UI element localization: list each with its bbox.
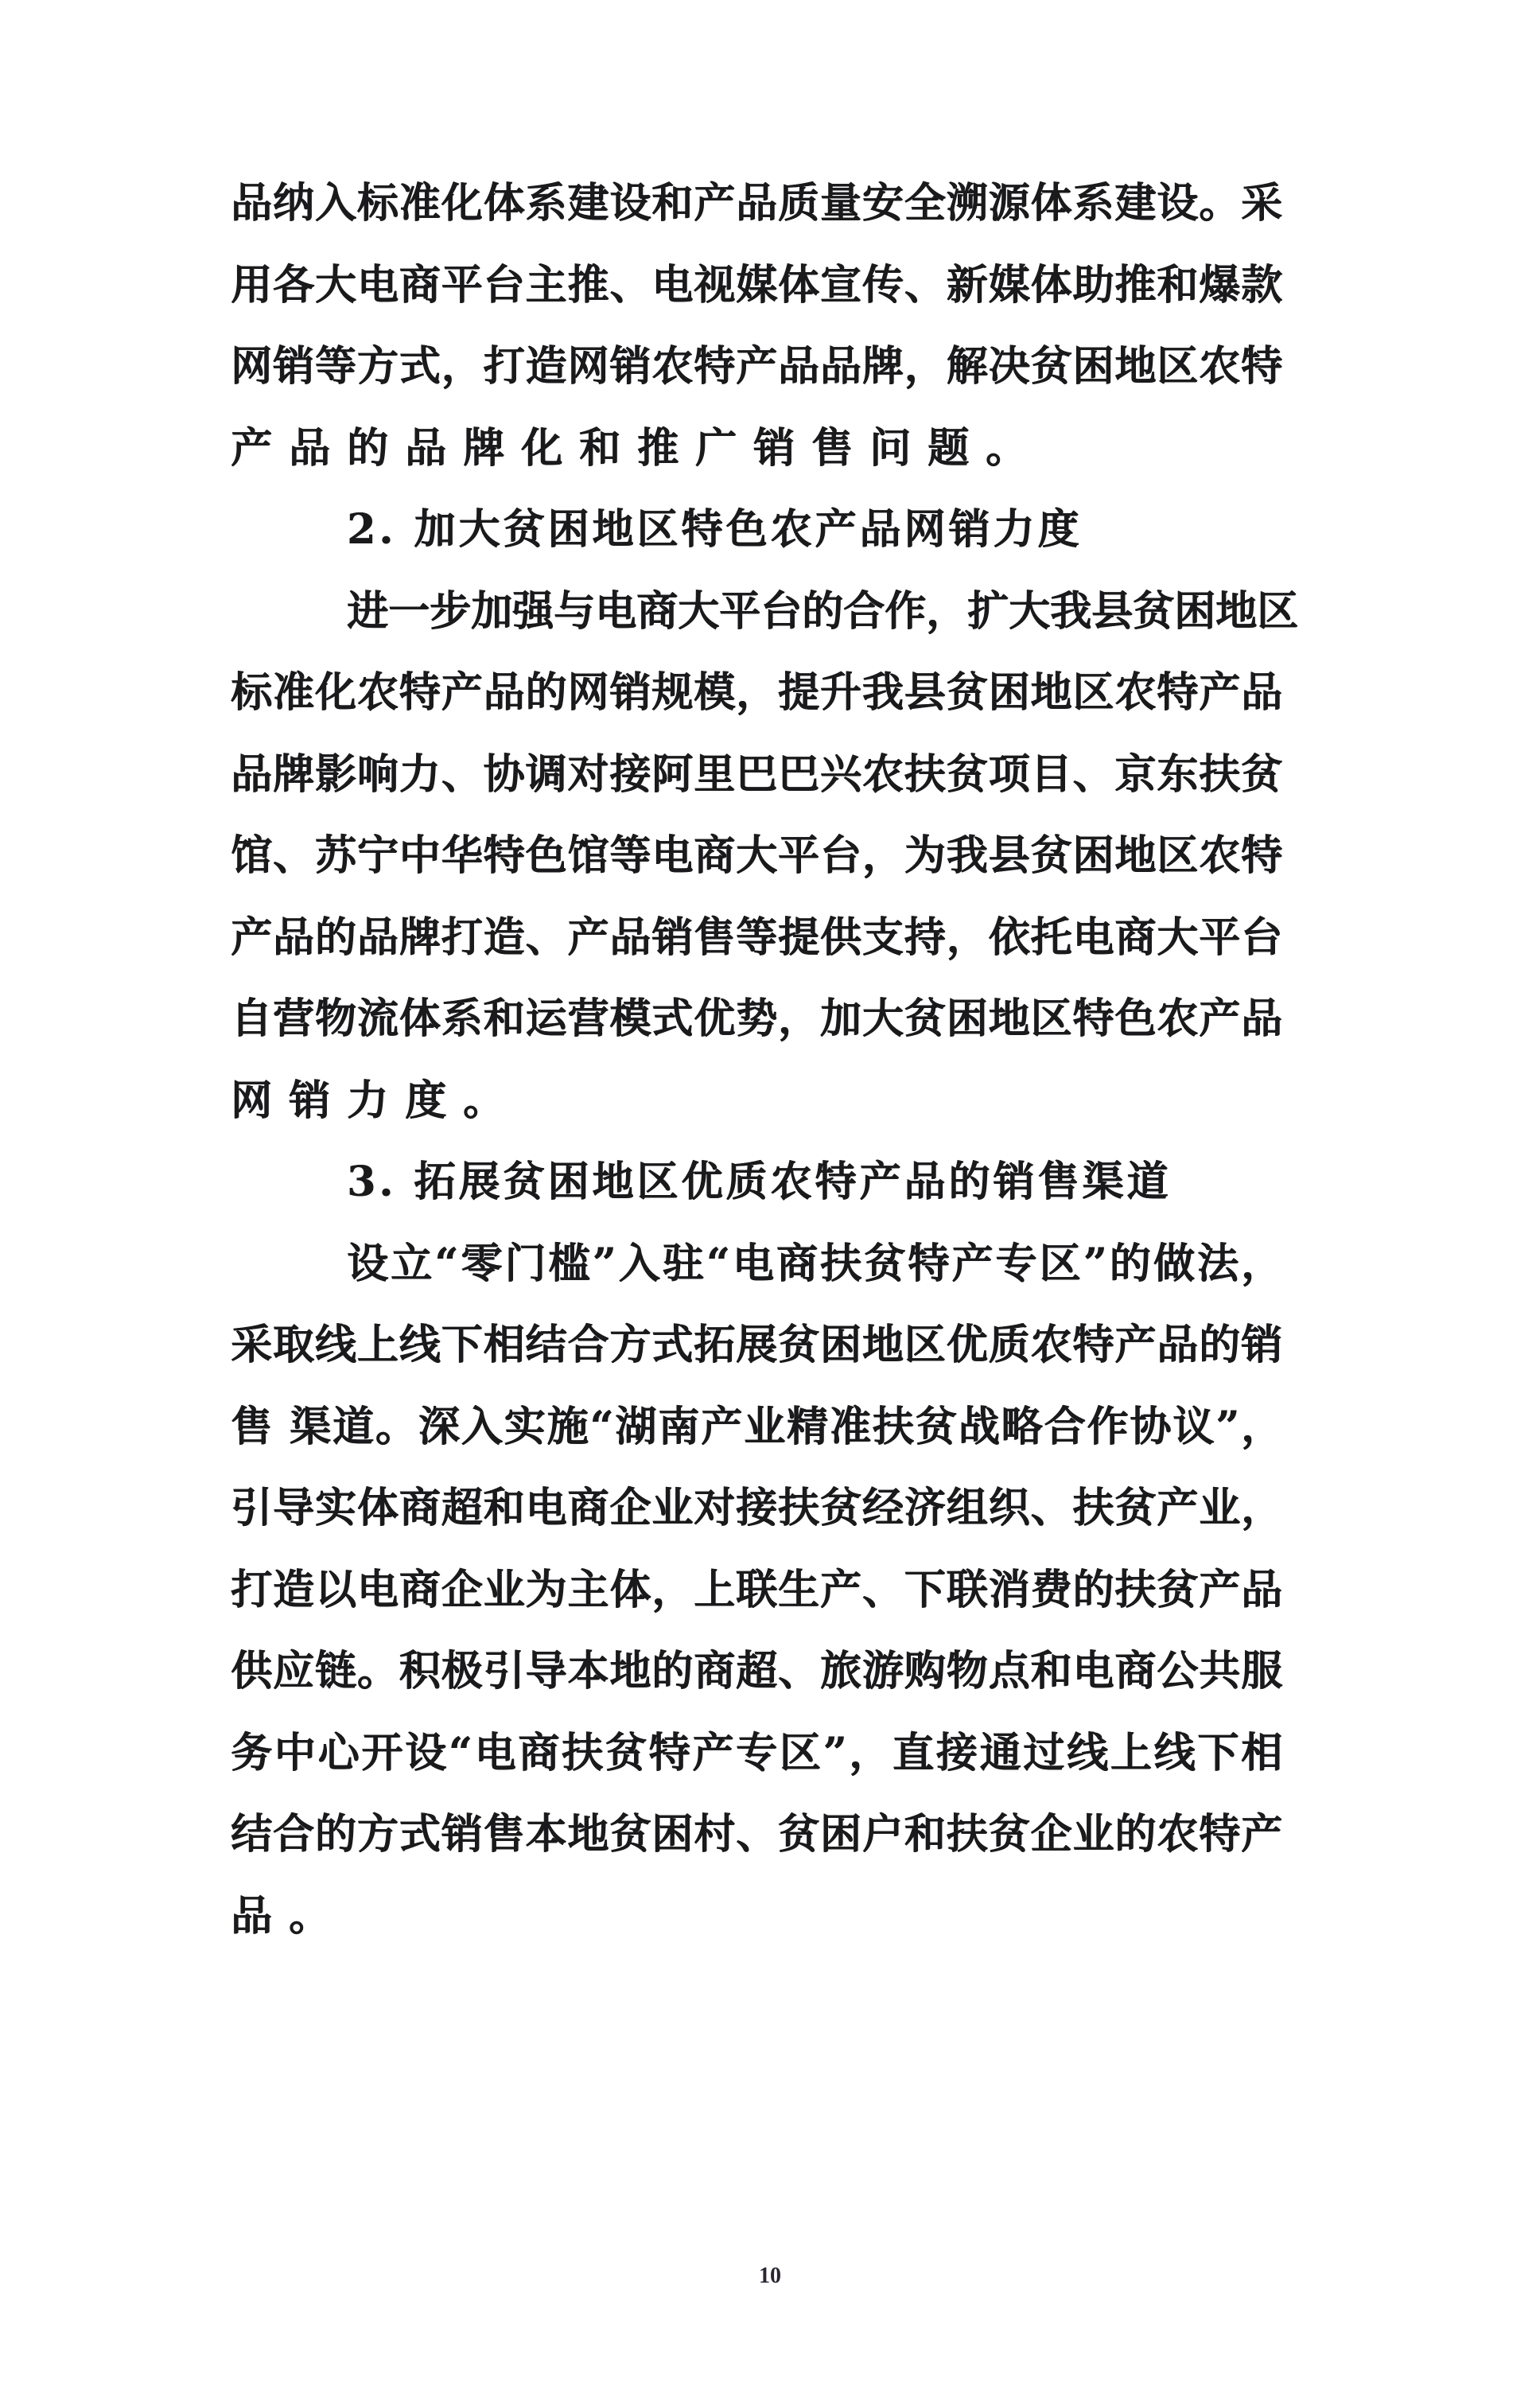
paragraph-line: 网销力度。 (231, 1061, 1282, 1142)
paragraph-line: 用各大电商平台主推、电视媒体宣传、新媒体助推和爆款 (231, 245, 1282, 327)
paragraph-line: 务中心开设“电商扶贫特产专区”，直接通过线上线下相 (231, 1713, 1282, 1795)
paragraph-line: 馆、苏宁中华特色馆等电商大平台，为我县贫困地区农特 (231, 815, 1282, 897)
paragraph-line: 自营物流体系和运营模式优势，加大贫困地区特色农产品 (231, 979, 1282, 1061)
paragraph-line: 网销等方式，打造网销农特产品品牌，解决贫困地区农特 (231, 326, 1282, 408)
paragraph-line: 标准化农特产品的网销规模，提升我县贫困地区农特产品 (231, 652, 1282, 734)
paragraph-line: 打造以电商企业为主体，上联生产、下联消费的扶贫产品 (231, 1550, 1282, 1632)
paragraph-line: 设立“零门槛”入驻“电商扶贫特产专区”的做法， (231, 1224, 1282, 1306)
paragraph-line: 产品的品牌打造、产品销售等提供支持，依托电商大平台 (231, 897, 1282, 979)
paragraph-line: 供应链。积极引导本地的商超、旅游购物点和电商公共服 (231, 1631, 1282, 1713)
paragraph-line: 结合的方式销售本地贫困村、贫困户和扶贫企业的农特产 (231, 1794, 1282, 1876)
section-heading-3: 3. 拓展贫困地区优质农特产品的销售渠道 (231, 1142, 1282, 1224)
document-page: 品纳入标准化体系建设和产品质量安全溯源体系建设。采 用各大电商平台主推、电视媒体… (0, 0, 1540, 2390)
paragraph-line: 引导实体商超和电商企业对接扶贫经济组织、扶贫产业， (231, 1468, 1282, 1550)
body-text: 品纳入标准化体系建设和产品质量安全溯源体系建设。采 用各大电商平台主推、电视媒体… (231, 163, 1282, 1957)
paragraph-line: 品。 (231, 1876, 1282, 1958)
section-heading-2: 2. 加大贫困地区特色农产品网销力度 (231, 489, 1282, 571)
paragraph-line: 采取线上线下相结合方式拓展贫困地区优质农特产品的销 (231, 1305, 1282, 1387)
paragraph-line: 售 渠道。深入实施“湖南产业精准扶贫战略合作协议”， (231, 1387, 1282, 1469)
paragraph-line: 品牌影响力、协调对接阿里巴巴兴农扶贫项目、京东扶贫 (231, 734, 1282, 816)
paragraph-line: 进一步加强与电商大平台的合作，扩大我县贫困地区 (231, 571, 1282, 653)
page-number: 10 (0, 2263, 1540, 2289)
paragraph-line: 品纳入标准化体系建设和产品质量安全溯源体系建设。采 (231, 163, 1282, 245)
paragraph-line: 产品的品牌化和推广销售问题。 (231, 408, 1282, 490)
